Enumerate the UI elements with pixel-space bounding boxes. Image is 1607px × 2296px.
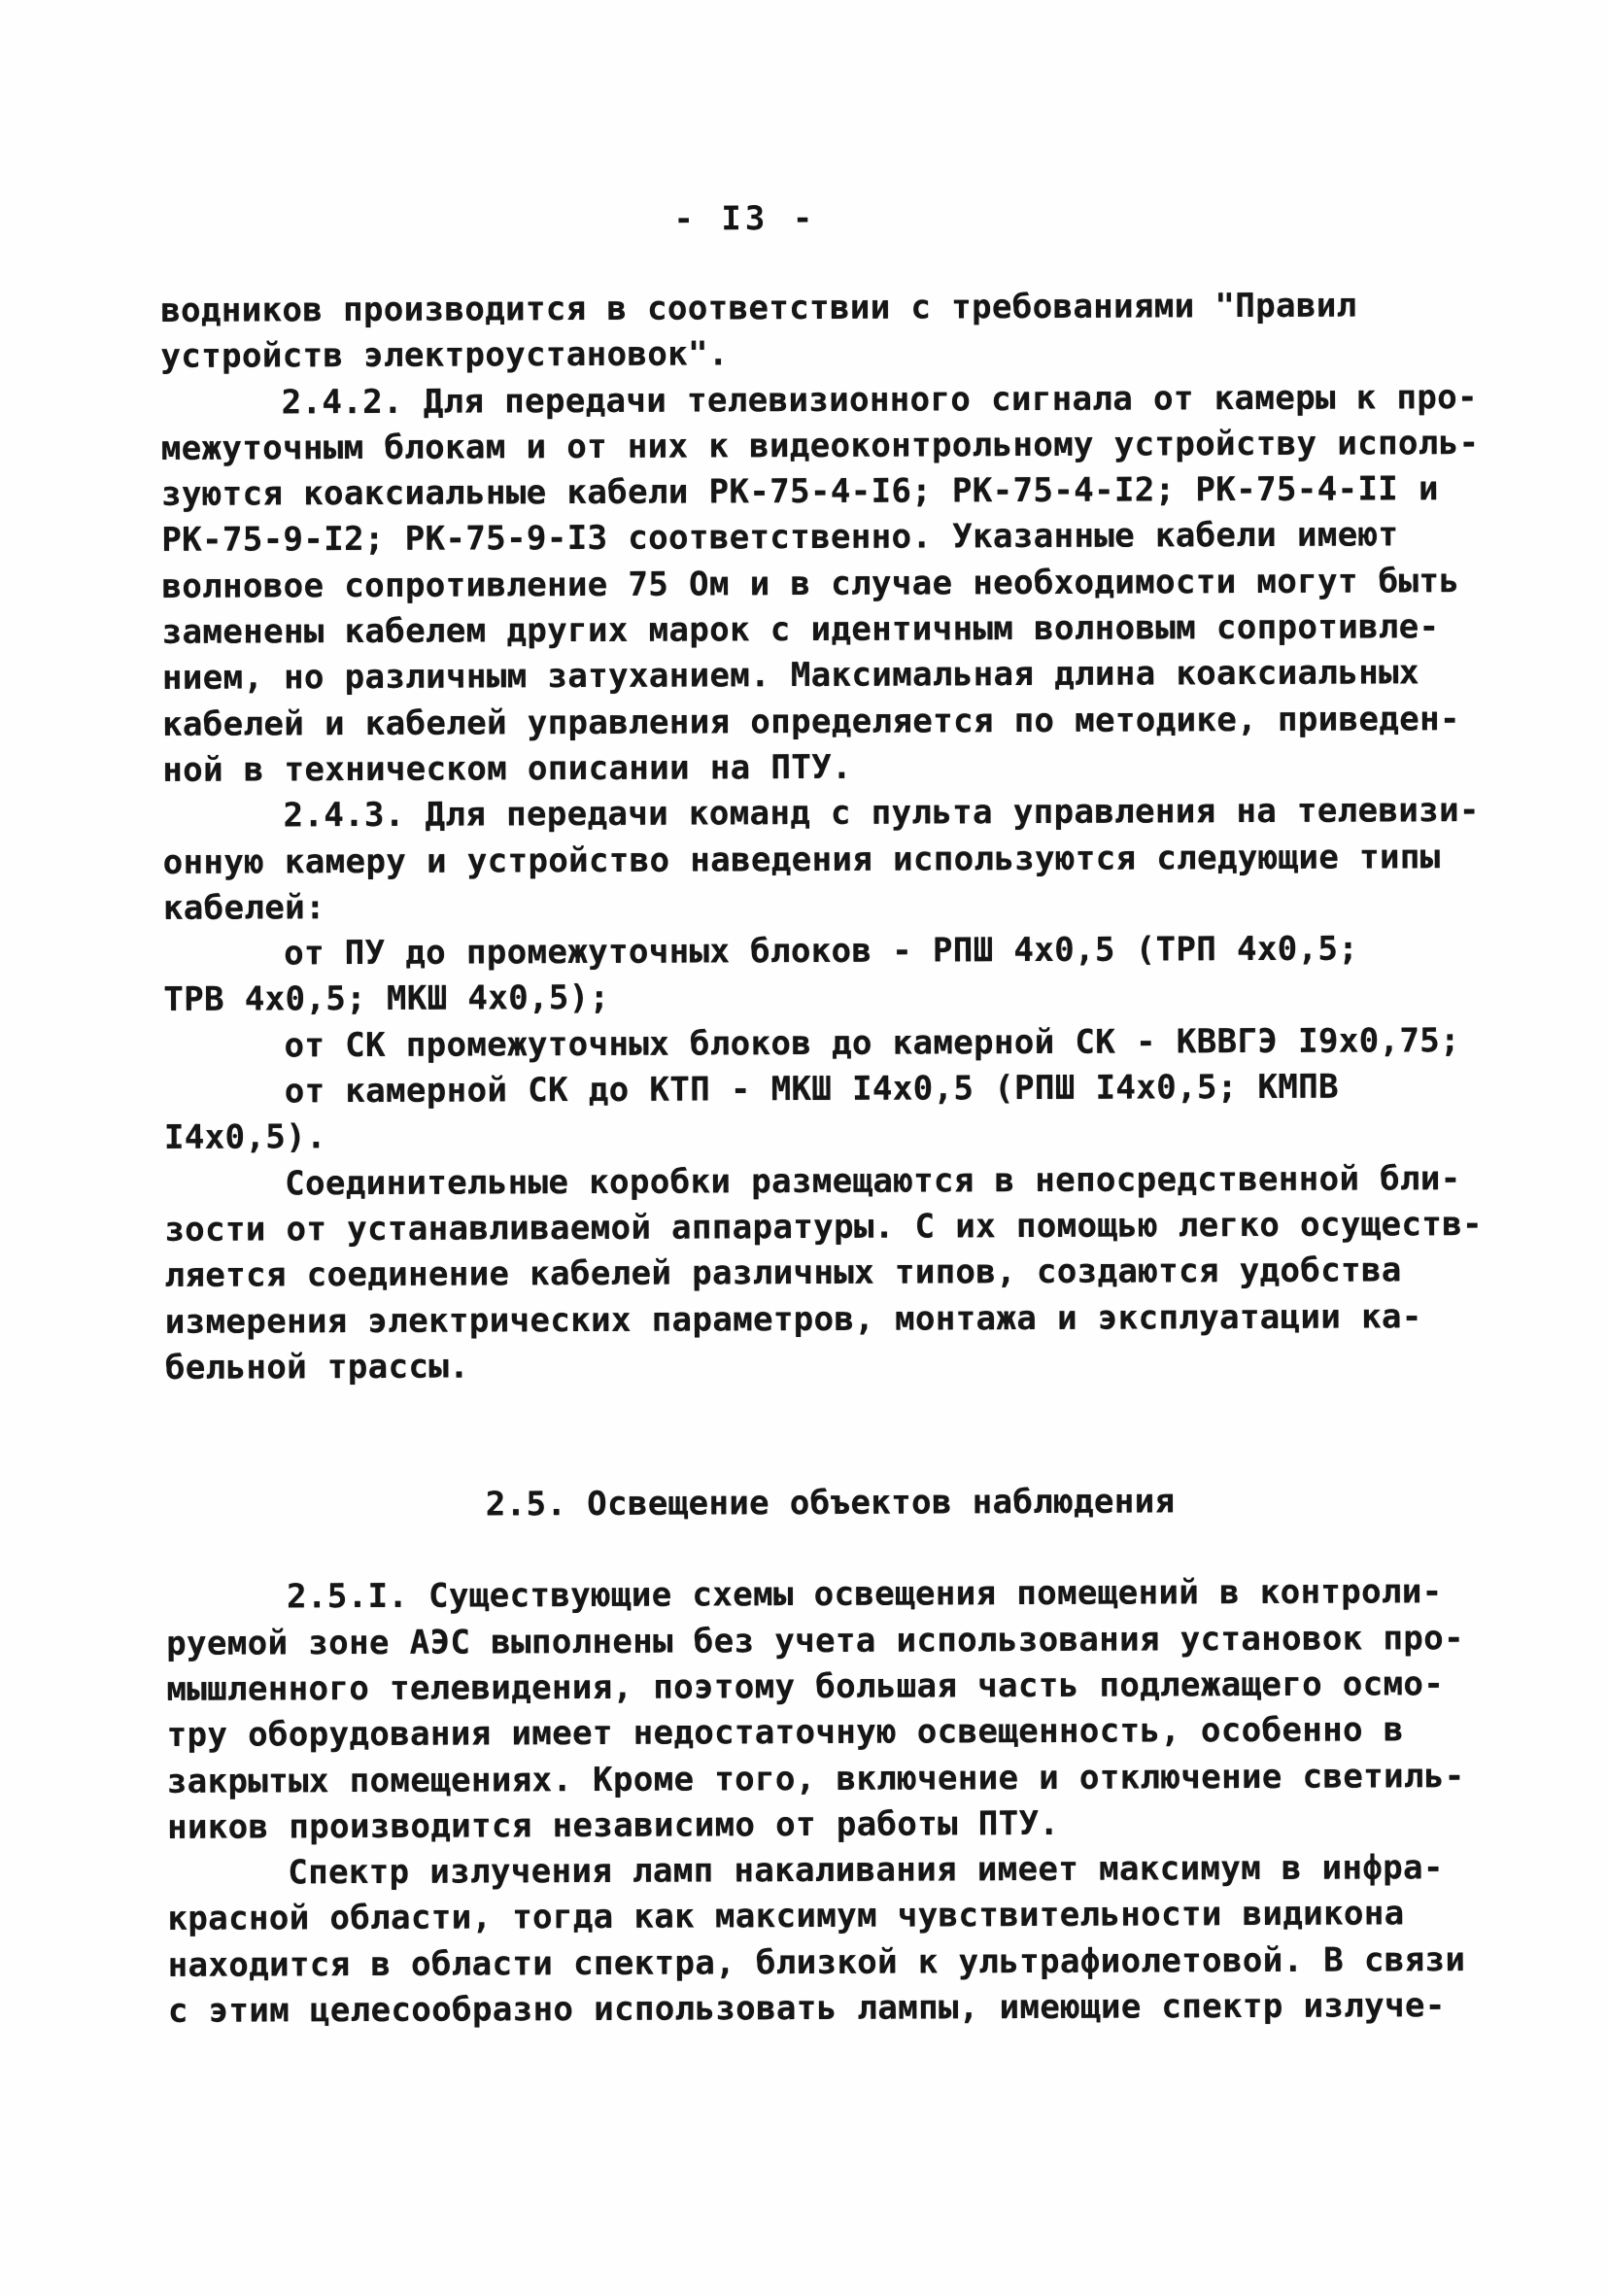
- text-line: находится в области спектра, близкой к у…: [168, 1937, 1497, 1989]
- text-line: 2.4.3. Для передачи команд с пульта упра…: [162, 788, 1491, 840]
- text-line: от камерной СК до КТП - МКШ I4х0,5 (РПШ …: [164, 1064, 1493, 1115]
- text-line: красной области, тогда как максимум чувс…: [167, 1891, 1496, 1942]
- text-line: тру оборудования имеет недостаточную осв…: [167, 1707, 1496, 1759]
- text-line: I4х0,5).: [164, 1110, 1493, 1161]
- text-line: заменены кабелем других марок с идентичн…: [162, 604, 1491, 656]
- text-line: 2.4.2. Для передачи телевизионного сигна…: [161, 375, 1490, 427]
- text-line: 2.5.I. Существующие схемы освещения поме…: [166, 1569, 1495, 1621]
- text-line: водников производится в соответствии с т…: [160, 283, 1489, 334]
- text-line: с этим целесообразно использовать лампы,…: [168, 1983, 1497, 2035]
- text-line: закрытых помещениях. Кроме того, включен…: [167, 1753, 1496, 1804]
- text-line: устройств электроустановок".: [160, 328, 1489, 380]
- text-line: межуточным блокам и от них к видеоконтро…: [161, 421, 1490, 472]
- text-line: Соединительные коробки размещаются в неп…: [164, 1156, 1493, 1208]
- text-line: ТРВ 4х0,5; МКШ 4х0,5);: [163, 972, 1492, 1023]
- text-line: от ПУ до промежуточных блоков - РПШ 4х0,…: [163, 926, 1492, 977]
- text-line: Спектр излучения ламп накаливания имеет …: [167, 1845, 1496, 1897]
- text-line: зуются коаксиальные кабели РК-75-4-I6; Р…: [161, 466, 1490, 518]
- text-line: бельной трассы.: [165, 1340, 1494, 1391]
- scanned-document-page: - I3 - водников производится в соответст…: [0, 0, 1607, 2296]
- text-line: нием, но различным затуханием. Максималь…: [162, 650, 1491, 702]
- text-line: зости от устанавливаемой аппаратуры. С и…: [164, 1202, 1493, 1253]
- page-number: - I3 -: [0, 196, 1493, 242]
- text-line: ной в техническом описании на ПТУ.: [162, 742, 1491, 794]
- text-line: кабелей:: [163, 880, 1492, 932]
- text-line: РК-75-9-I2; РК-75-9-I3 соответственно. У…: [161, 512, 1490, 564]
- text-line: волновое сопротивление 75 Ом и в случае …: [161, 559, 1490, 610]
- text-line: измерения электрических параметров, монт…: [165, 1293, 1494, 1345]
- blank-line: [165, 1431, 1494, 1483]
- text-line: мышленного телевидения, поэтому большая …: [166, 1662, 1495, 1713]
- text-line: ляется соединение кабелей различных типо…: [164, 1248, 1493, 1299]
- text-line: от СК промежуточных блоков до камерной С…: [163, 1018, 1492, 1070]
- text-line: онную камеру и устройство наведения испо…: [163, 834, 1492, 885]
- text-line: ников производится независимо от работы …: [167, 1799, 1496, 1851]
- blank-line: [165, 1386, 1494, 1437]
- section-heading: 2.5. Освещение объектов наблюдения: [166, 1478, 1495, 1529]
- page-content: - I3 - водников производится в соответст…: [0, 0, 1607, 2296]
- text-line: кабелей и кабелей управления определяетс…: [162, 697, 1491, 748]
- text-line: руемой зоне АЭС выполнены без учета испо…: [166, 1616, 1495, 1667]
- document-body: водников производится в соответствии с т…: [160, 283, 1497, 2035]
- blank-line: [166, 1524, 1495, 1575]
